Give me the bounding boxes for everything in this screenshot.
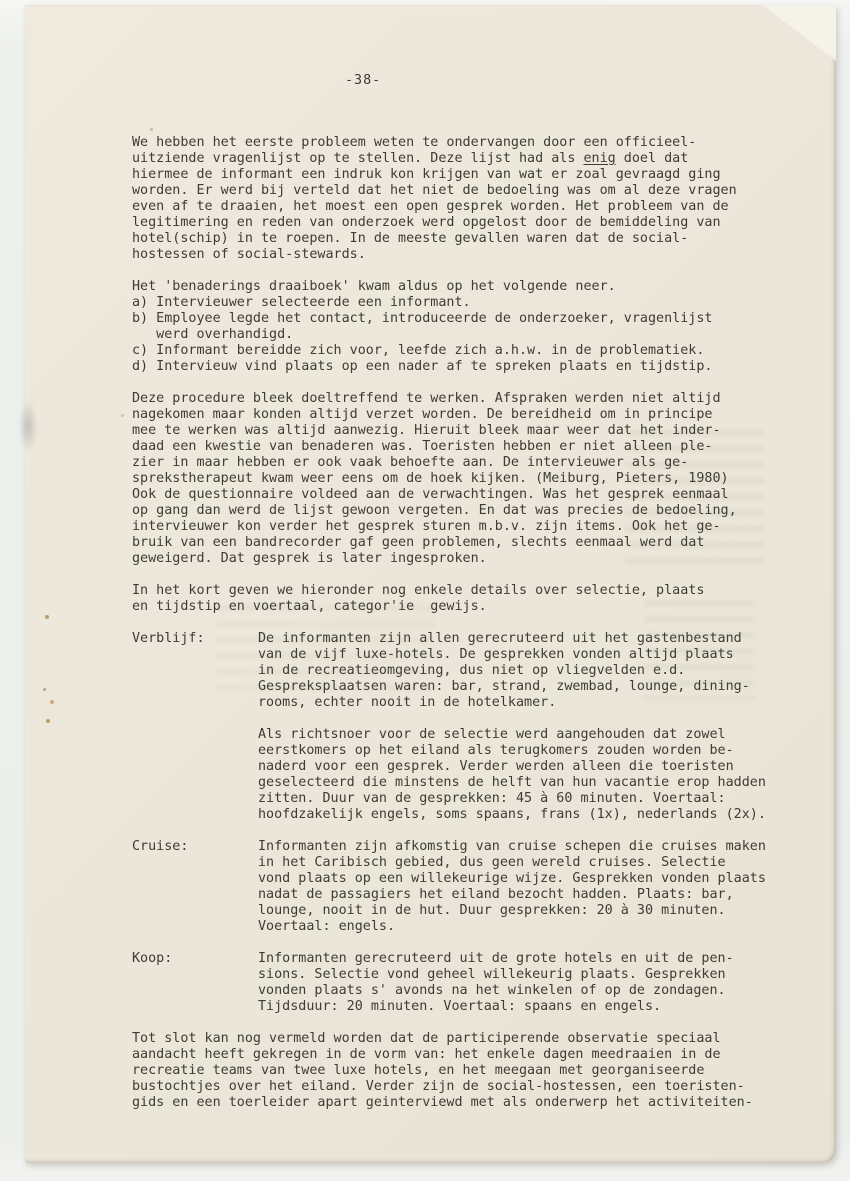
text-line: even af te draaien, het moest een open g…	[132, 199, 812, 215]
paper-speck	[45, 615, 49, 619]
text-line: in het Caribisch gebied, dus geen wereld…	[258, 855, 812, 871]
section-label: Cruise:	[132, 839, 258, 855]
text-line: in de recreatieomgeving, dus niet op vli…	[258, 663, 812, 679]
text-line: legitimering en reden van onderzoek werd…	[132, 215, 812, 231]
text-line: bruik van een bandrecorder gaf geen prob…	[132, 535, 812, 551]
paragraph-closing: Tot slot kan nog vermeld worden dat de p…	[132, 1031, 812, 1111]
text-line: worden. Er werd bij verteld dat het niet…	[132, 183, 812, 199]
text-line: sprekstherapeut kwam weer eens om de hoe…	[132, 471, 812, 487]
section-text-block: Informanten zijn afkomstig van cruise sc…	[258, 839, 812, 935]
section-verblijf: Verblijf: De informanten zijn allen gere…	[132, 631, 812, 823]
page-corner-fold	[762, 5, 836, 61]
paragraph-procedure-list: Het 'benaderings draaiboek' kwam aldus o…	[132, 279, 812, 375]
page-number: -38-	[345, 73, 381, 88]
text-line: intervieuwer kon verder het gesprek stur…	[132, 519, 812, 535]
text-line: rooms, echter nooit in de hotelkamer.	[258, 695, 812, 711]
text-line: Ook de questionnaire voldeed aan de verw…	[132, 487, 812, 503]
text-line: Als richtsnoer voor de selectie werd aan…	[258, 727, 812, 743]
section-text-block: Informanten gerecruteerd uit de grote ho…	[258, 951, 812, 1015]
text-line: geselecteerd die minstens de helft van h…	[258, 775, 812, 791]
section-label: Verblijf:	[132, 631, 258, 647]
text-line: en tijdstip en voertaal, categor'ie gewi…	[132, 599, 812, 615]
text-line: Informanten gerecruteerd uit de grote ho…	[258, 951, 812, 967]
paper-speck	[50, 700, 54, 704]
text-line: aandacht heeft gekregen in de vorm van: …	[132, 1047, 812, 1063]
text-line: nagekomen maar konden altijd verzet word…	[132, 407, 812, 423]
text-line: geweigerd. Dat gesprek is later ingespro…	[132, 551, 812, 567]
text-line: van de vijf luxe-hotels. De gesprekken v…	[258, 647, 812, 663]
text-line: mee te werken was altijd aanwezig. Hieru…	[132, 423, 812, 439]
paper-speck	[121, 414, 124, 417]
text-line: naderd voor een gesprek. Verder werden a…	[258, 759, 812, 775]
text-line: Tot slot kan nog vermeld worden dat de p…	[132, 1031, 812, 1047]
text-line: uitziende vragenlijst op te stellen. Dez…	[132, 151, 812, 167]
text-line: c) Informant bereidde zich voor, leefde …	[132, 343, 812, 359]
text-line: bustochtjes over het eiland. Verder zijn…	[132, 1079, 812, 1095]
paragraph-intro: We hebben het eerste probleem weten te o…	[132, 135, 812, 263]
text-line: hotel(schip) in te roepen. In de meeste …	[132, 231, 812, 247]
text-line: b) Employee legde het contact, introduce…	[132, 311, 812, 327]
document-page: -38- We hebben het eerste probleem weten…	[25, 5, 836, 1163]
section-koop: Koop: Informanten gerecruteerd uit de gr…	[132, 951, 812, 1015]
text-line: daad een kwestie van benaderen was. Toer…	[132, 439, 812, 455]
text-line: Informanten zijn afkomstig van cruise sc…	[258, 839, 812, 855]
text-line: Voertaal: engels.	[258, 919, 812, 935]
text-line: vonden plaats s' avonds na het winkelen …	[258, 983, 812, 999]
paper-speck	[46, 719, 50, 723]
text-line: recreatie teams van twee luxe hotels, en…	[132, 1063, 812, 1079]
text-line: eerstkomers op het eiland als terugkomer…	[258, 743, 812, 759]
text-line: In het kort geven we hieronder nog enkel…	[132, 583, 812, 599]
text-line: d) Intervieuw vind plaats op een nader a…	[132, 359, 812, 375]
text-line: Gespreksplaatsen waren: bar, strand, zwe…	[258, 679, 812, 695]
text-line: zitten. Duur van de gesprekken: 45 à 60 …	[258, 791, 812, 807]
text-line: Tijdsduur: 20 minuten. Voertaal: spaans …	[258, 999, 812, 1015]
paragraph-evaluation: Deze procedure bleek doeltreffend te wer…	[132, 391, 812, 567]
text-line: a) Intervieuwer selecteerde een informan…	[132, 295, 812, 311]
paper-speck	[43, 688, 46, 691]
text-line: nadat de passagiers het eiland bezocht h…	[258, 887, 812, 903]
section-cruise: Cruise: Informanten zijn afkomstig van c…	[132, 839, 812, 935]
paper-speck	[150, 128, 153, 131]
section-text-block: Als richtsnoer voor de selectie werd aan…	[258, 727, 812, 823]
text-line: lounge, nooit in de hut. Duur gesprekken…	[258, 903, 812, 919]
paragraph-details-intro: In het kort geven we hieronder nog enkel…	[132, 583, 812, 615]
text-line: vond plaats op een willekeurige wijze. G…	[258, 871, 812, 887]
page-content: We hebben het eerste probleem weten te o…	[132, 135, 812, 1127]
text-line: hoofdzakelijk engels, soms spaans, frans…	[258, 807, 812, 823]
text-line: We hebben het eerste probleem weten te o…	[132, 135, 812, 151]
text-line: Het 'benaderings draaiboek' kwam aldus o…	[132, 279, 812, 295]
text-line: zier in maar hebben er ook vaak behoefte…	[132, 455, 812, 471]
text-line: gids en een toerleider apart geinterview…	[132, 1095, 812, 1111]
section-text-block: De informanten zijn allen gerecruteerd u…	[258, 631, 812, 711]
text-line: werd overhandigd.	[132, 327, 812, 343]
text-line: hostessen of social-stewards.	[132, 247, 812, 263]
text-line: Deze procedure bleek doeltreffend te wer…	[132, 391, 812, 407]
text-line: De informanten zijn allen gerecruteerd u…	[258, 631, 812, 647]
text-line: hiermee de informant een indruk kon krij…	[132, 167, 812, 183]
text-line: sions. Selectie vond geheel willekeurig …	[258, 967, 812, 983]
edge-smudge	[19, 400, 37, 452]
section-label: Koop:	[132, 951, 258, 967]
text-line: op gang dan werd de lijst gewoon vergete…	[132, 503, 812, 519]
